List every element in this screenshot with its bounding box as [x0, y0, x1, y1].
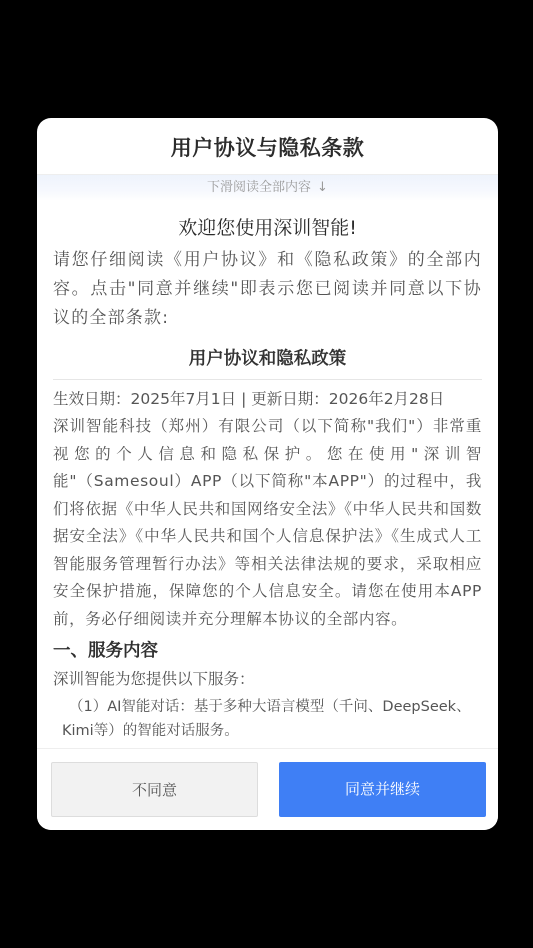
- document-dates: 生效日期：2025年7月1日 | 更新日期：2026年2月28日: [53, 385, 482, 413]
- scroll-hint-label: 下滑阅读全部内容: [207, 180, 311, 195]
- document-title: 用户协议和隐私政策: [53, 347, 482, 380]
- scroll-hint: 下滑阅读全部内容↓: [37, 175, 498, 201]
- list-item: （1）AI智能对话：基于多种大语言模型（千问、DeepSeek、Kimi等）的智…: [53, 695, 482, 743]
- agreement-dialog: 用户协议与隐私条款 下滑阅读全部内容↓ 欢迎您使用深训智能! 请您仔细阅读《用户…: [37, 118, 498, 830]
- section-intro: 深训智能为您提供以下服务：: [53, 665, 482, 693]
- welcome-heading: 欢迎您使用深训智能!: [53, 216, 482, 240]
- document-paragraph: 深训智能科技（郑州）有限公司（以下简称"我们"）非常重视您的个人信息和隐私保护。…: [53, 413, 482, 633]
- accept-continue-button[interactable]: 同意并继续: [279, 762, 486, 817]
- agreement-scroll-content[interactable]: 欢迎您使用深训智能! 请您仔细阅读《用户协议》和《隐私政策》的全部内容。点击"同…: [37, 201, 498, 749]
- decline-button[interactable]: 不同意: [51, 762, 258, 817]
- dialog-title: 用户协议与隐私条款: [37, 118, 498, 175]
- section-heading: 一、服务内容: [53, 637, 482, 665]
- intro-text: 请您仔细阅读《用户协议》和《隐私政策》的全部内容。点击"同意并继续"即表示您已阅…: [53, 246, 482, 333]
- arrow-down-icon: ↓: [317, 180, 328, 195]
- dialog-footer: 不同意 同意并继续: [37, 748, 498, 830]
